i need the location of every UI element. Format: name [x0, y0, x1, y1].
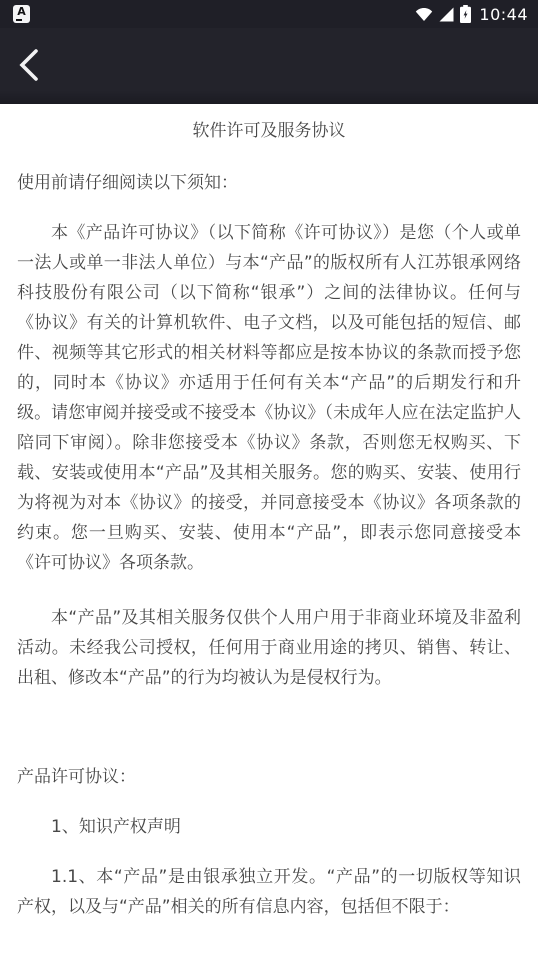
back-chevron-icon	[16, 47, 42, 86]
app-screen: A 10:44	[0, 0, 538, 956]
cellular-signal-icon	[439, 7, 454, 22]
agreement-paragraph-1: 本《产品许可协议》（以下简称《许可协议》）是您（个人或单一法人或单一非法人单位）…	[17, 218, 521, 578]
back-button[interactable]	[16, 44, 60, 88]
clause-1-1-text: 1.1、本“产品”是由银承独立开发。“产品”的一切版权等知识产权，以及与“产品”…	[17, 862, 521, 922]
status-time: 10:44	[479, 5, 528, 24]
nav-bar	[0, 28, 538, 104]
battery-charging-icon	[460, 5, 471, 23]
app-letter-icon: A	[13, 5, 30, 23]
clause-1-heading: 1、知识产权声明	[17, 812, 521, 842]
status-bar-right: 10:44	[415, 5, 528, 24]
status-bar: A 10:44	[0, 0, 538, 28]
agreement-document: 软件许可及服务协议 使用前请仔细阅读以下须知： 本《产品许可协议》（以下简称《许…	[0, 104, 538, 922]
document-title: 软件许可及服务协议	[17, 116, 521, 146]
wifi-icon	[415, 7, 433, 22]
intro-notice: 使用前请仔细阅读以下须知：	[17, 168, 521, 198]
agreement-paragraph-2: 本“产品”及其相关服务仅供个人用户用于非商业环境及非盈利活动。未经我公司授权，任…	[17, 603, 521, 693]
section-heading: 产品许可协议：	[17, 762, 521, 792]
